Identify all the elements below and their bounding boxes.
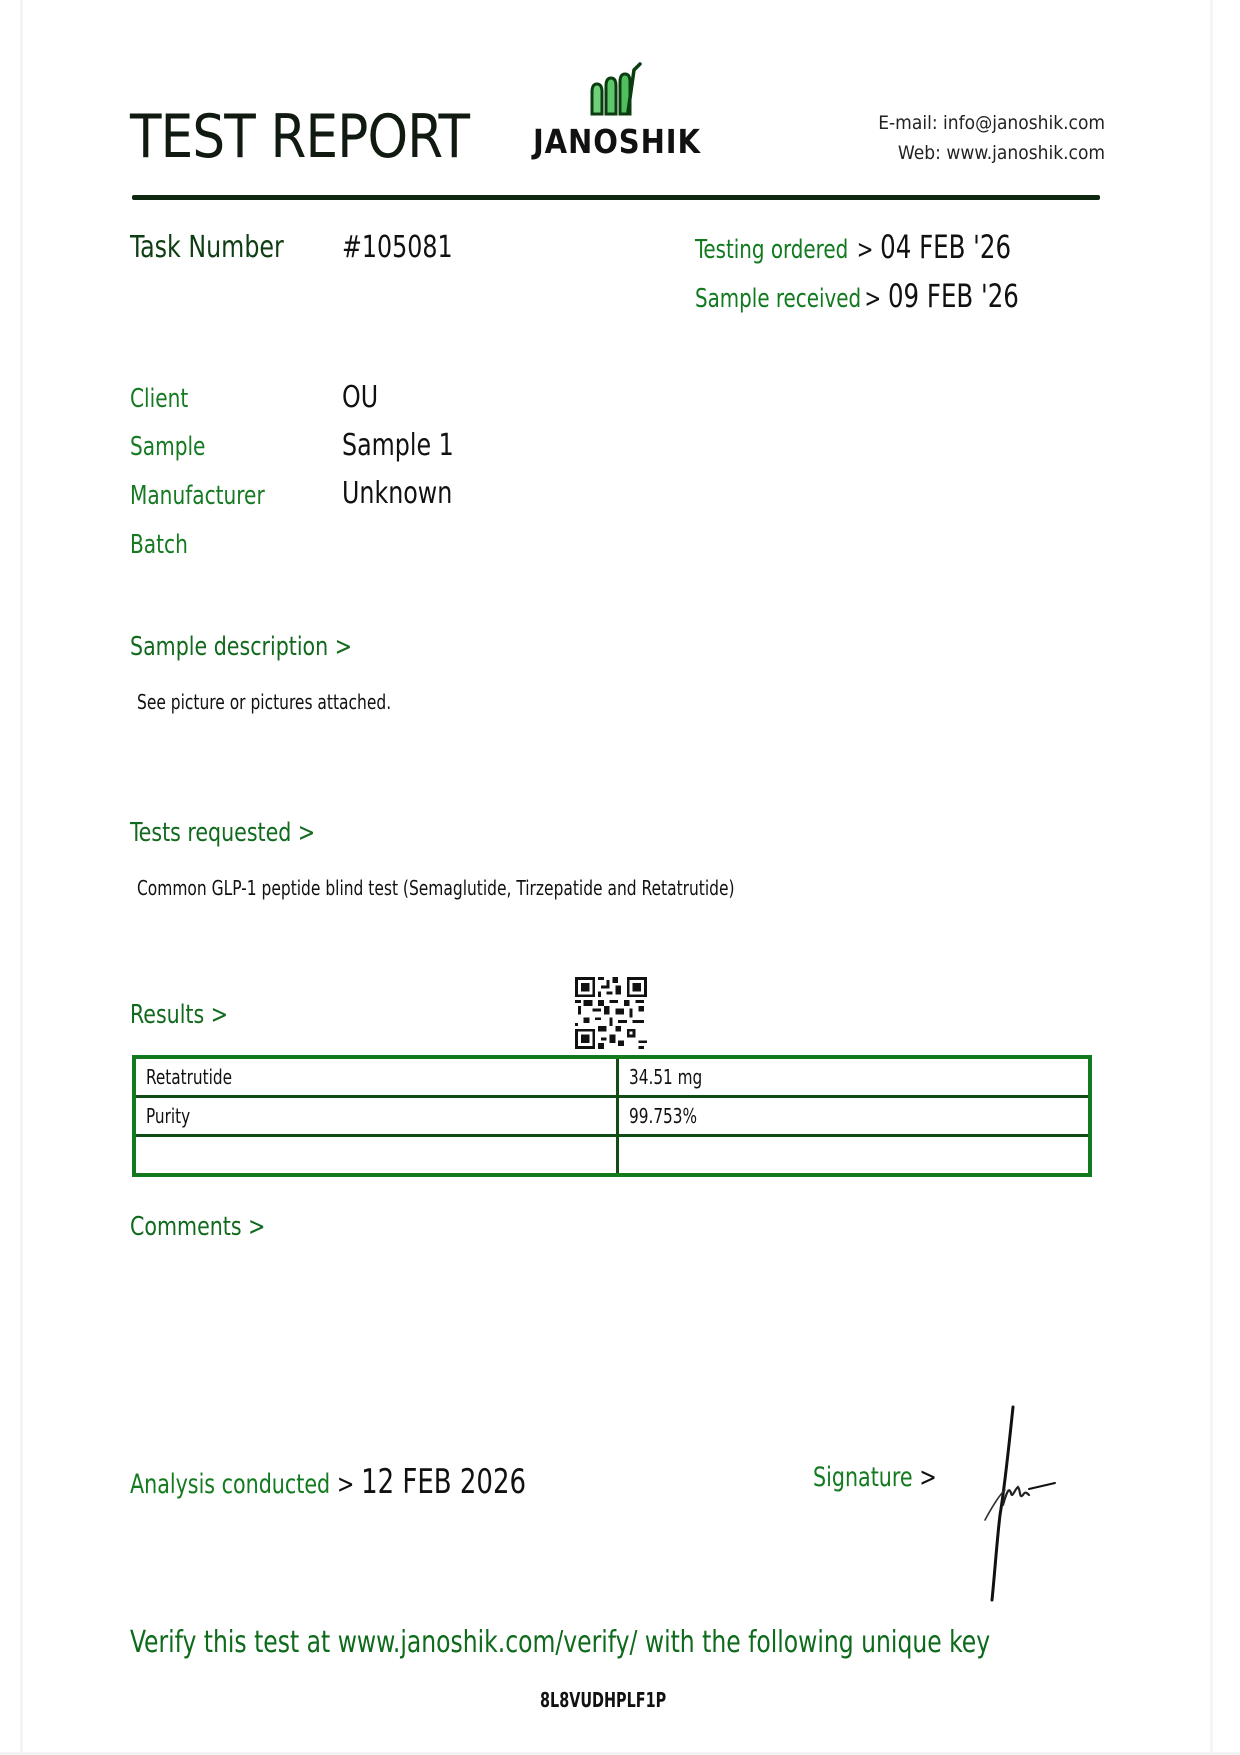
chevron-right-icon: > (913, 1462, 937, 1493)
result-value: 34.51 mg (629, 1065, 702, 1089)
results-heading: Results > (130, 1000, 228, 1030)
page-edge-right (1210, 0, 1213, 1755)
table-row: Retatrutide 34.51 mg (134, 1057, 1090, 1097)
sample-received-label: Sample received (695, 284, 861, 314)
client-value: OU (342, 380, 378, 415)
page-edge-left (20, 0, 23, 1755)
testing-ordered-row: Testing ordered>04 FEB '26 (695, 228, 1011, 266)
report-title: TEST REPORT (130, 102, 469, 172)
result-value-cell: 34.51 mg (618, 1057, 1091, 1097)
result-name: Retatrutide (146, 1065, 232, 1089)
signature-row: Signature> (813, 1462, 937, 1493)
chevron-right-icon: > (330, 1469, 361, 1500)
task-number-label: Task Number (130, 230, 284, 265)
janoshik-logo: JANOSHIK (533, 62, 703, 162)
tests-requested-text: Common GLP-1 peptide blind test (Semaglu… (137, 876, 735, 900)
sample-received-date: 09 FEB '26 (888, 277, 1019, 315)
manufacturer-value: Unknown (342, 476, 452, 511)
comments-heading: Comments > (130, 1212, 265, 1242)
result-name: Purity (146, 1104, 190, 1128)
handwritten-signature-icon (975, 1395, 1065, 1610)
sample-description-heading: Sample description > (130, 632, 352, 662)
batch-label: Batch (130, 530, 188, 560)
result-name-cell (134, 1136, 618, 1176)
table-row: Purity 99.753% (134, 1097, 1090, 1136)
logo-wordmark: JANOSHIK (533, 122, 701, 161)
result-name-cell: Purity (134, 1097, 618, 1136)
sample-label: Sample (130, 432, 205, 462)
sample-description-text: See picture or pictures attached. (137, 690, 391, 714)
table-row (134, 1136, 1090, 1176)
result-value-cell (618, 1136, 1091, 1176)
contact-block: E-mail: info@janoshik.com Web: www.janos… (878, 108, 1105, 168)
verification-key: 8L8VUDHPLF1P (540, 1688, 666, 1712)
result-value: 99.753% (629, 1104, 697, 1128)
signature-label: Signature (813, 1462, 913, 1493)
task-number-value: #105081 (342, 230, 453, 265)
testing-ordered-label: Testing ordered (695, 235, 848, 265)
manufacturer-label: Manufacturer (130, 481, 265, 511)
sample-received-row: Sample received>09 FEB '26 (695, 277, 1019, 315)
results-table: Retatrutide 34.51 mg Purity 99.753% (132, 1055, 1092, 1177)
sample-value: Sample 1 (342, 428, 454, 463)
janoshik-logo-icon (588, 62, 648, 118)
analysis-conducted-date: 12 FEB 2026 (361, 1462, 526, 1502)
qr-code-icon[interactable] (575, 977, 647, 1049)
chevron-right-icon: > (861, 284, 888, 314)
result-value-cell: 99.753% (618, 1097, 1091, 1136)
verify-instructions: Verify this test at www.janoshik.com/ver… (130, 1625, 990, 1660)
testing-ordered-date: 04 FEB '26 (880, 228, 1011, 266)
client-label: Client (130, 384, 188, 414)
result-name-cell: Retatrutide (134, 1057, 618, 1097)
chevron-right-icon: > (848, 235, 880, 265)
tests-requested-heading: Tests requested > (130, 818, 315, 848)
analysis-conducted-row: Analysis conducted>12 FEB 2026 (130, 1462, 526, 1502)
analysis-conducted-label: Analysis conducted (130, 1469, 330, 1500)
contact-email[interactable]: E-mail: info@janoshik.com (878, 108, 1105, 138)
header-divider (132, 195, 1100, 200)
contact-web[interactable]: Web: www.janoshik.com (878, 138, 1105, 168)
